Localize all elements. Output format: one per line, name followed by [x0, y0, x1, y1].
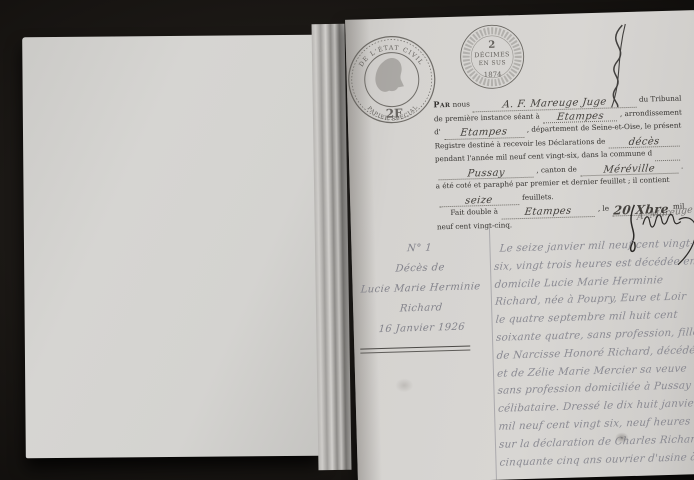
margin-note-date: 16 Janvier 1926 — [357, 317, 486, 341]
printed-text: de première instance séant à — [434, 109, 540, 126]
printed-text: . — [681, 159, 684, 174]
act-body-text: Le seize janvier mil neuf cent vingt- si… — [493, 235, 694, 472]
handwritten-sheet-count: seize — [465, 193, 494, 207]
handwritten-city: Etampes — [524, 205, 573, 220]
form-blank — [655, 147, 680, 161]
page-stain — [395, 378, 413, 392]
decimes-value-label: 2 — [488, 40, 495, 51]
book-gutter — [311, 24, 351, 470]
register-photograph: DE L'ÉTAT CIVIL PAPIER SPÉCIAL 2F 2 DÉCI… — [0, 0, 694, 480]
decimes-year-label: 1874 — [484, 71, 503, 80]
printed-text: d' — [434, 125, 441, 140]
left-page-blank — [22, 35, 320, 459]
handwritten-canton: Méréville — [602, 162, 655, 177]
handwritten-city: Etampes — [460, 125, 509, 140]
stamp-value-label: 2F — [386, 106, 404, 120]
printed-text: neuf cent vingt-cinq. — [437, 218, 513, 235]
printed-text: feuillets. — [522, 190, 554, 205]
handwritten-act-type: décès — [628, 135, 660, 149]
decimes-line1-label: DÉCIMES — [474, 49, 510, 59]
form-blank: Etampes — [501, 203, 595, 219]
printed-text: , le — [598, 202, 610, 217]
handwritten-commune: Pussay — [466, 166, 505, 181]
handwritten-city: Etampes — [556, 109, 605, 124]
marianne-head-icon — [375, 58, 404, 92]
decimes-line2-label: EN SUS — [479, 59, 506, 67]
decimes-stamp-icon: 2 DÉCIMES EN SUS 1874 — [457, 22, 527, 92]
margin-double-rule — [360, 346, 470, 354]
act-margin-note: N° 1 Décès de Lucie Marie Herminie Richa… — [355, 237, 486, 341]
right-page: DE L'ÉTAT CIVIL PAPIER SPÉCIAL 2F 2 DÉCI… — [345, 10, 694, 480]
etat-civil-stamp-icon: DE L'ÉTAT CIVIL PAPIER SPÉCIAL 2F — [345, 31, 440, 128]
